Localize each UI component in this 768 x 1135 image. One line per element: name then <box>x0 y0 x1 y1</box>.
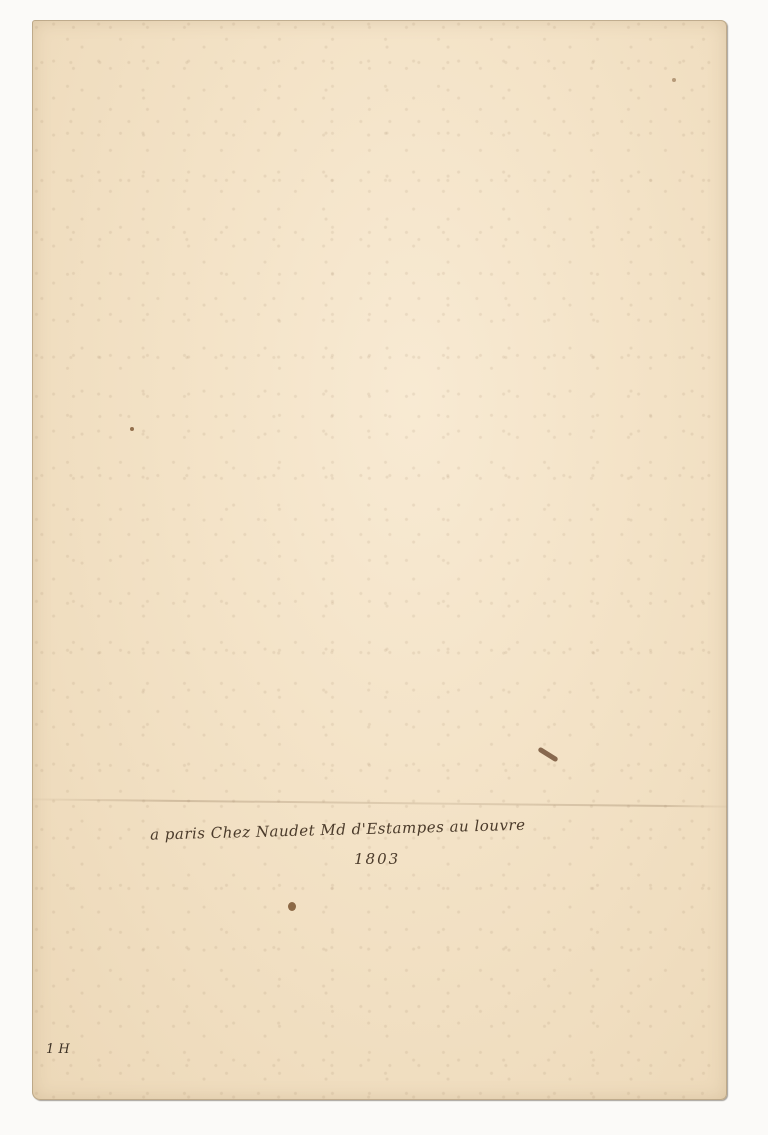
paper-sheet: a paris Chez Naudet Md d'Estampes au lou… <box>32 20 727 1100</box>
foxing-spot <box>672 78 676 82</box>
ink-smudge <box>537 747 558 763</box>
foxing-spot <box>130 427 134 431</box>
fold-crease <box>32 798 727 807</box>
handwritten-inscription: a paris Chez Naudet Md d'Estampes au lou… <box>150 814 580 843</box>
handwritten-year: 1803 <box>354 850 400 868</box>
foxing-spot <box>288 902 296 911</box>
corner-annotation: 1 H <box>46 1042 70 1057</box>
